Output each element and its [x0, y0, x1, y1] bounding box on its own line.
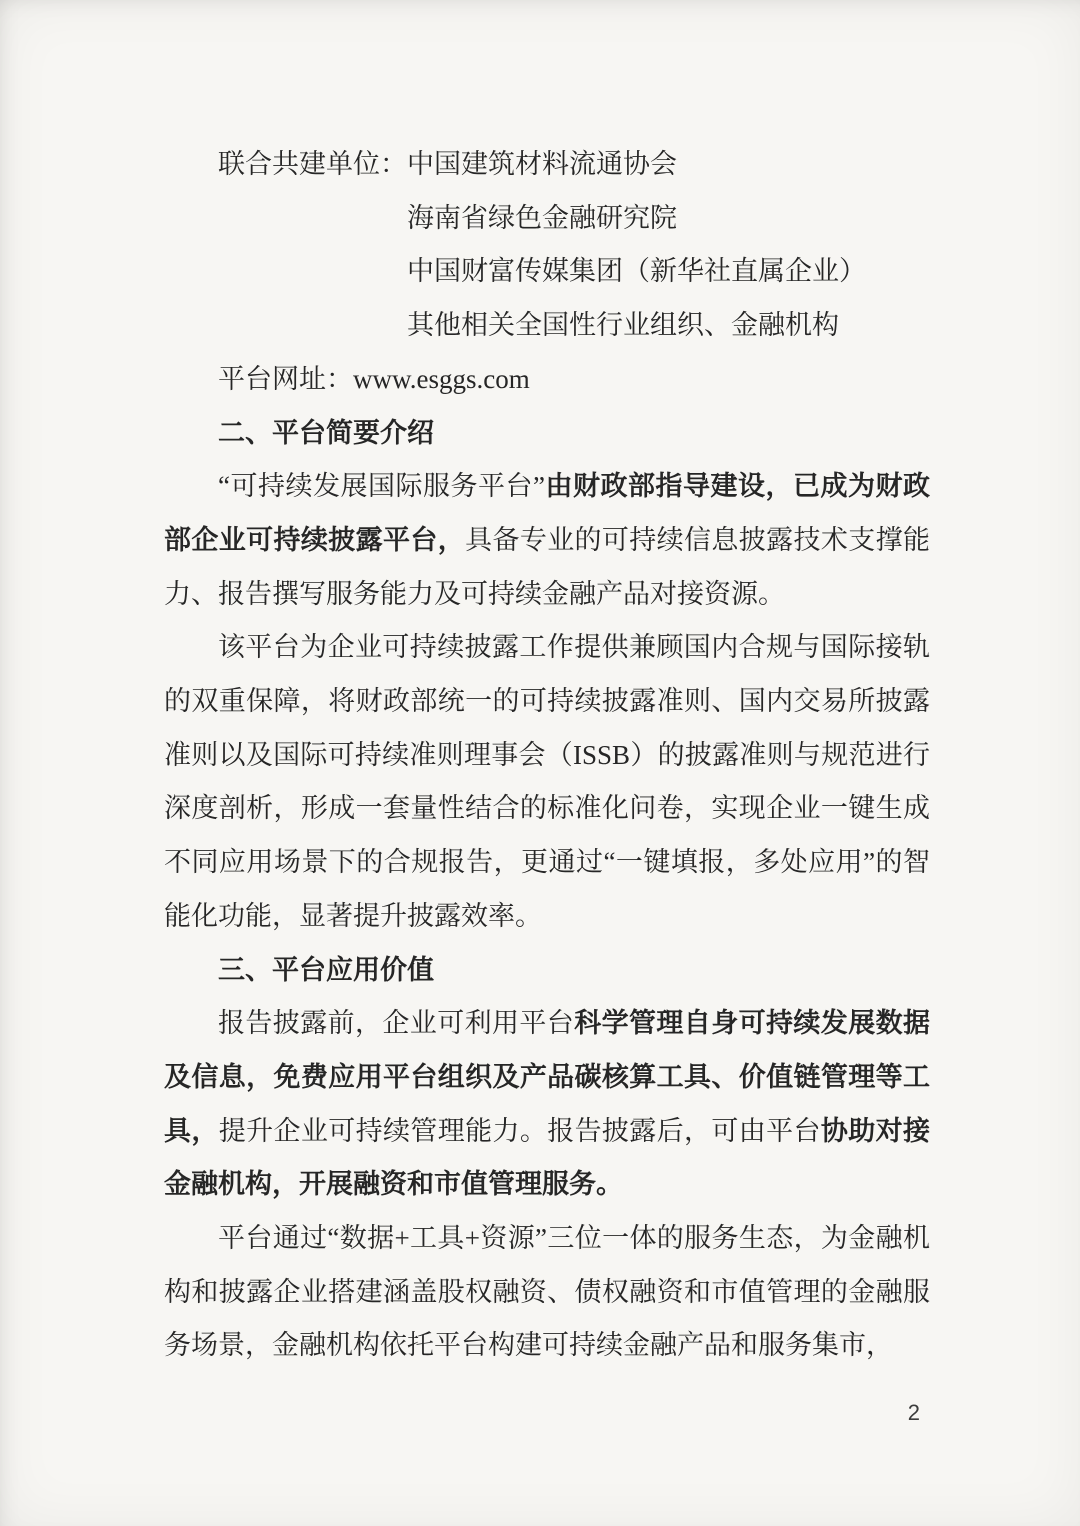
paragraph: 该平台为企业可持续披露工作提供兼顾国内合规与国际接轨的双重保障，将财政部统一的可… — [164, 621, 930, 943]
paragraph: “可持续发展国际服务平台”由财政部指导建设，已成为财政部企业可持续披露平台，具备… — [164, 460, 930, 621]
page-number: 2 — [908, 1398, 920, 1428]
document-page: 联合共建单位：中国建筑材料流通协会海南省绿色金融研究院中国财富传媒集团（新华社直… — [0, 0, 1080, 1526]
text-line: 平台网址：www.esggs.com — [164, 353, 930, 407]
text-run: 提升企业可持续管理能力。报告披露后，可由平台 — [219, 1116, 821, 1146]
document-body: 联合共建单位：中国建筑材料流通协会海南省绿色金融研究院中国财富传媒集团（新华社直… — [164, 138, 930, 1373]
text-run: 平台通过“数据+工具+资源”三位一体的服务生态，为金融机构和披露企业搭建涵盖股权… — [164, 1223, 930, 1360]
text-run: 该平台为企业可持续披露工作提供兼顾国内合规与国际接轨的双重保障，将财政部统一的可… — [164, 632, 930, 931]
text-run: 其他相关全国性行业组织、金融机构 — [407, 310, 839, 340]
text-line: 中国财富传媒集团（新华社直属企业） — [164, 245, 930, 299]
bold-text-run: 二、平台简要介绍 — [218, 418, 434, 448]
text-run: “可持续发展国际服务平台” — [218, 471, 545, 501]
bold-text-run: 三、平台应用价值 — [218, 955, 434, 985]
text-run: 联合共建单位：中国建筑材料流通协会 — [218, 149, 677, 179]
text-line: 联合共建单位：中国建筑材料流通协会 — [164, 138, 930, 192]
text-run: 平台网址：www.esggs.com — [218, 364, 530, 394]
text-run: 中国财富传媒集团（新华社直属企业） — [407, 256, 866, 286]
paragraph: 平台通过“数据+工具+资源”三位一体的服务生态，为金融机构和披露企业搭建涵盖股权… — [164, 1212, 930, 1373]
text-line: 海南省绿色金融研究院 — [164, 192, 930, 246]
text-run: 海南省绿色金融研究院 — [407, 203, 677, 233]
text-line: 其他相关全国性行业组织、金融机构 — [164, 299, 930, 353]
section-heading: 二、平台简要介绍 — [164, 407, 930, 461]
paragraph: 报告披露前，企业可利用平台科学管理自身可持续发展数据及信息，免费应用平台组织及产… — [164, 997, 930, 1212]
text-run: 报告披露前，企业可利用平台 — [218, 1008, 574, 1038]
section-heading: 三、平台应用价值 — [164, 944, 930, 998]
